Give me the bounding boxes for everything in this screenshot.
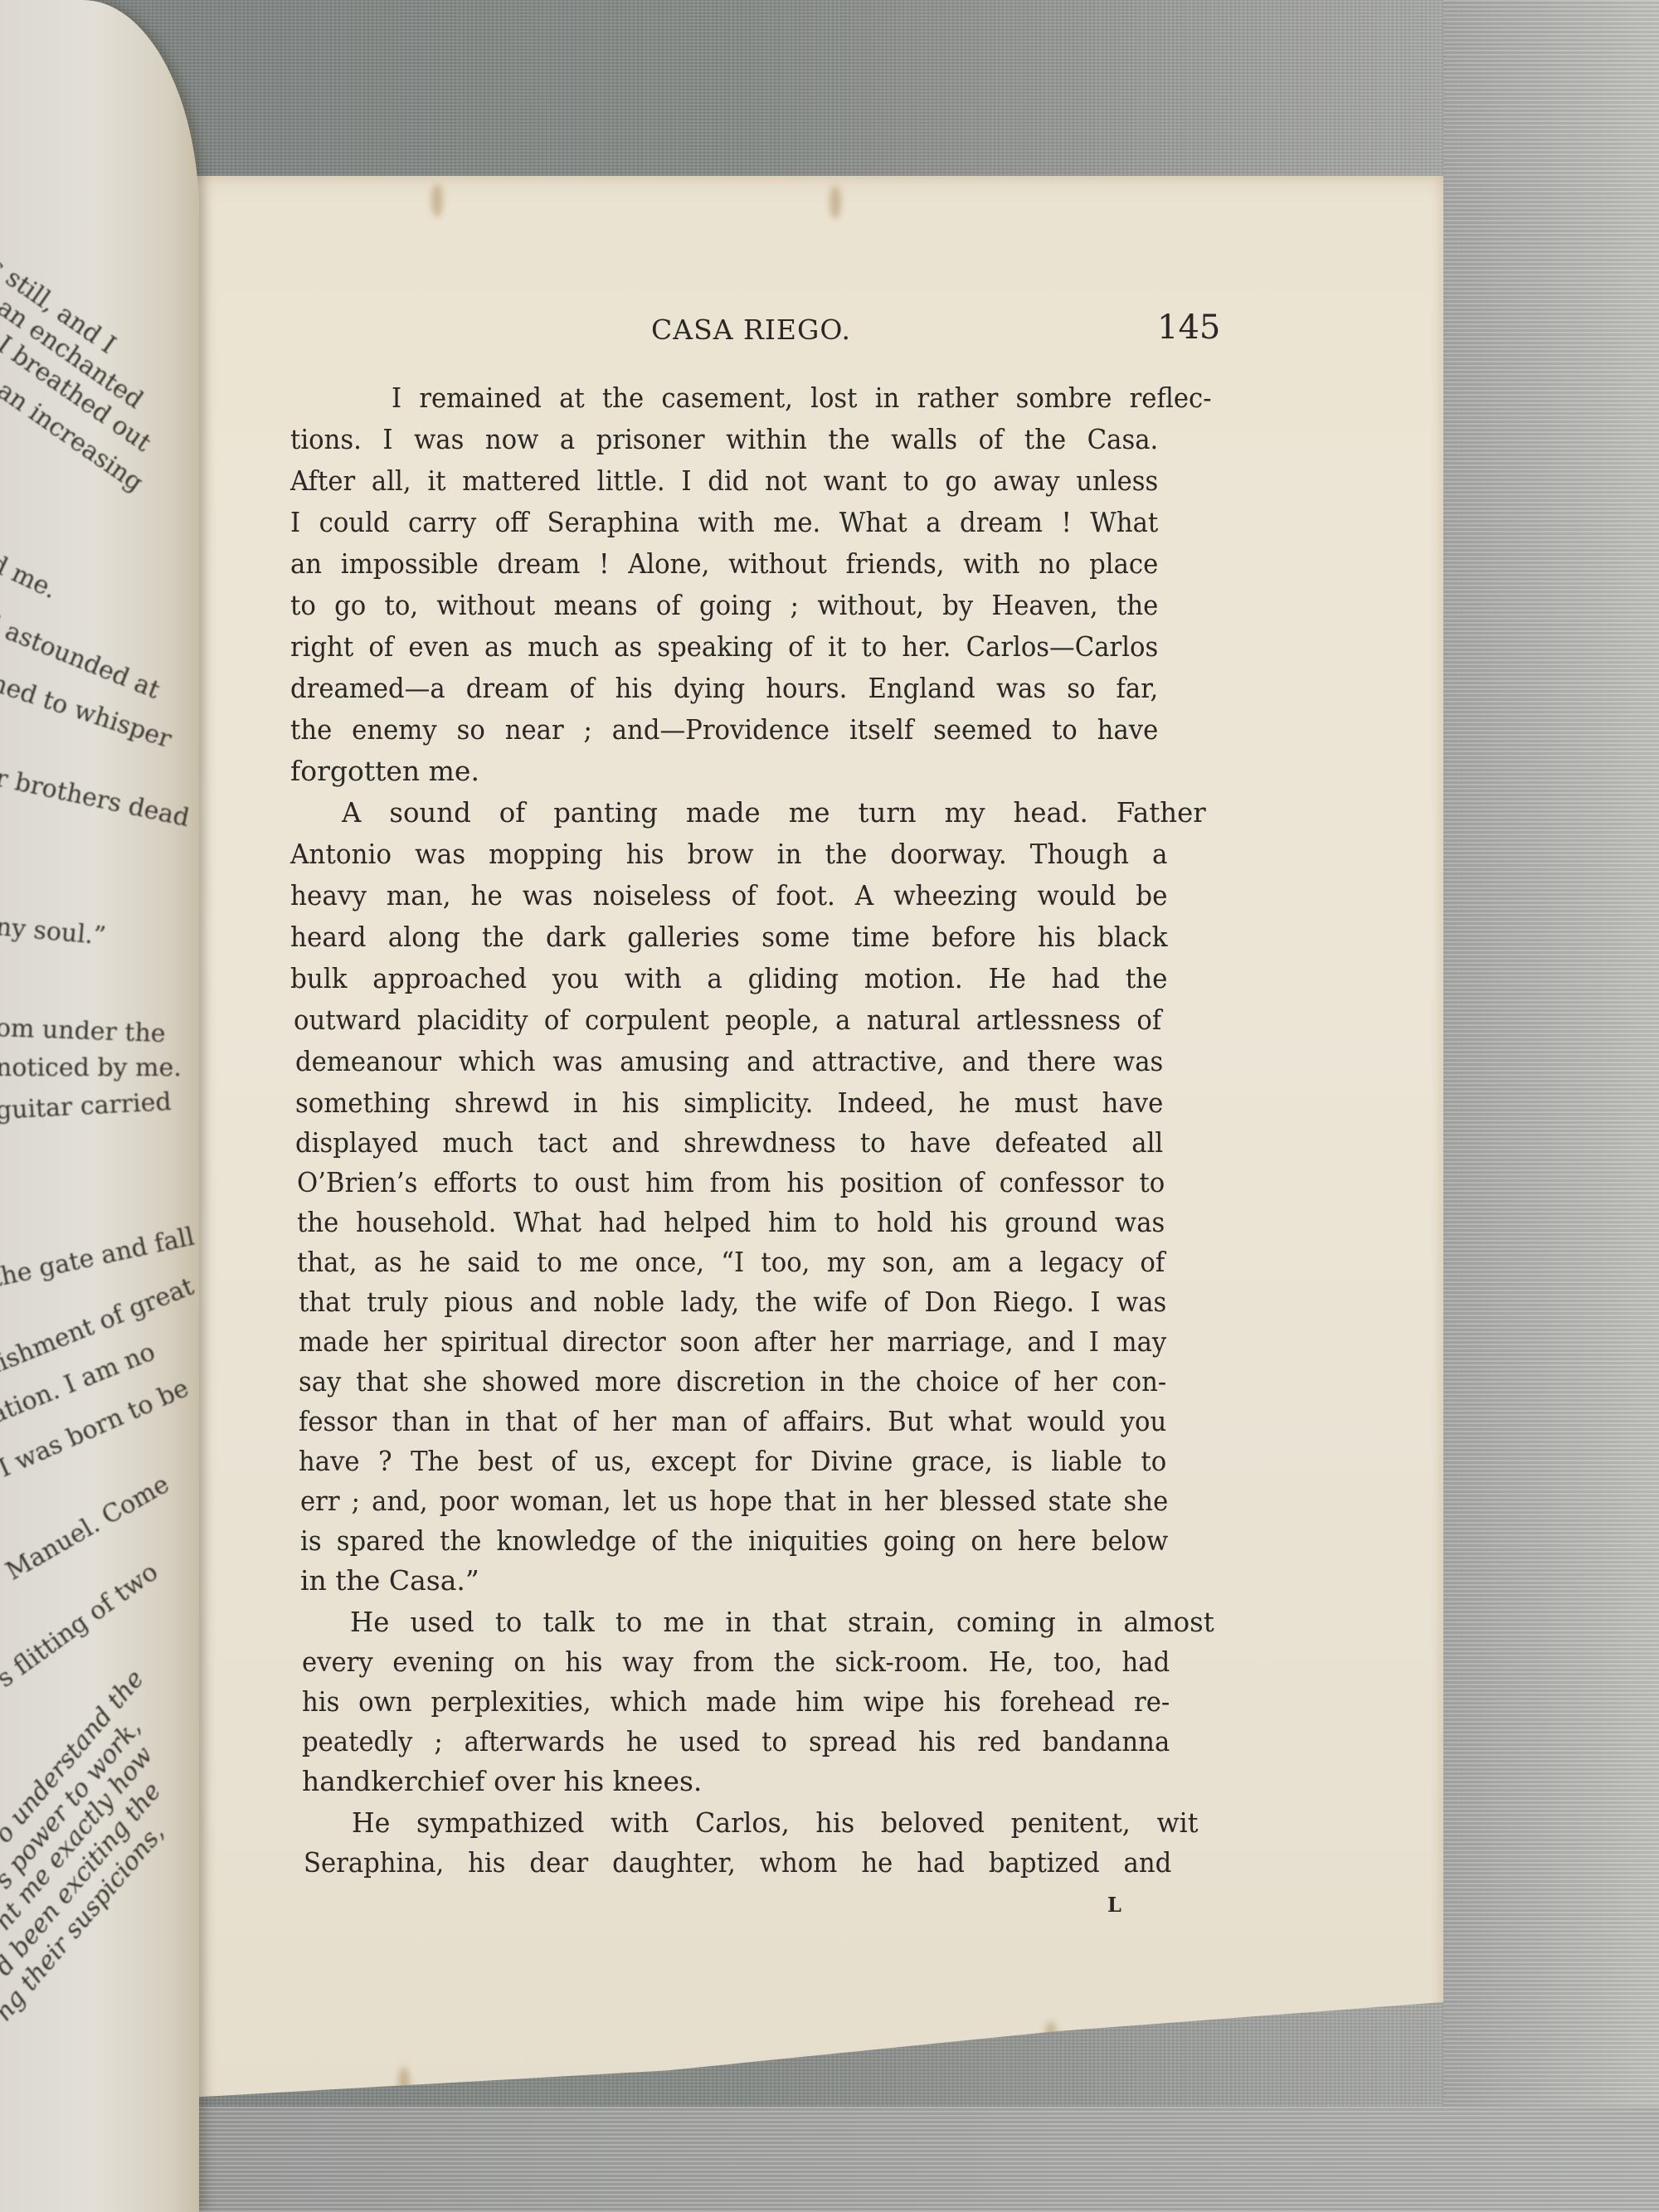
text-line: outward placidity of corpulent people, a… (294, 1004, 1161, 1036)
text-line: demeanour which was amusing and attracti… (295, 1045, 1163, 1077)
foxing-stain (829, 186, 841, 219)
linen-cloth-background-right (1443, 0, 1659, 2212)
text-line: in the Casa.” (300, 1564, 1233, 1597)
text-line: Antonio was mopping his brow in the door… (290, 838, 1168, 870)
foxing-stain (431, 184, 443, 217)
text-line: tions. I was now a prisoner within the w… (290, 423, 1158, 455)
text-line: right of even as much as speaking of it … (290, 630, 1158, 663)
text-line: have ? The best of us, except for Divine… (299, 1445, 1166, 1477)
running-head: CASA RIEGO. (651, 314, 851, 346)
left-page-fragment: ny soul.” (0, 912, 107, 950)
left-page-fragment: om under the (0, 1014, 166, 1048)
left-page-fragment: r brothers dead (0, 763, 192, 833)
text-line: After all, it mattered little. I did not… (290, 464, 1158, 497)
text-line: O’Brien’s efforts to oust him from his p… (297, 1166, 1165, 1198)
text-line: handkerchief over his knees. (302, 1765, 1235, 1797)
text-line: that truly pious and noble lady, the wif… (299, 1286, 1166, 1318)
text-line: He sympathized with Carlos, his beloved … (352, 1806, 1198, 1839)
text-line: something shrewd in his simplicity. Inde… (295, 1087, 1163, 1119)
text-line: peatedly ; afterwards he used to spread … (302, 1725, 1170, 1757)
left-book-page: s still, and I an enchanted I breathed o… (0, 0, 199, 2212)
text-line: fessor than in that of her man of affair… (299, 1405, 1166, 1437)
text-line: heavy man, he was noiseless of foot. A w… (290, 879, 1168, 912)
text-line: say that she showed more discretion in t… (299, 1365, 1166, 1398)
text-line: made her spiritual director soon after h… (299, 1325, 1166, 1358)
left-page-fragment: d me. (0, 549, 61, 605)
text-line: to go to, without means of going ; witho… (290, 589, 1158, 621)
text-line: dreamed—a dream of his dying hours. Engl… (290, 672, 1158, 704)
foxing-stain (398, 2067, 410, 2100)
text-line: I could carry off Seraphina with me. Wha… (290, 506, 1158, 538)
text-line: A sound of panting made me turn my head.… (342, 796, 1206, 829)
text-line: I remained at the casement, lost in rath… (392, 382, 1212, 414)
text-line: forgotten me. (290, 755, 1224, 787)
text-line: He used to talk to me in that strain, co… (350, 1606, 1214, 1638)
text-line: heard along the dark galleries some time… (290, 921, 1168, 953)
foxing-stain (1045, 2021, 1057, 2054)
left-page-fragment: guitar carried (0, 1087, 173, 1125)
page-number: 145 (1157, 309, 1220, 347)
text-line: err ; and, poor woman, let us hope that … (300, 1485, 1168, 1517)
left-page-fragment: noticed by me. (0, 1053, 182, 1082)
text-line: is spared the knowledge of the iniquitie… (300, 1524, 1168, 1557)
text-line: bulk approached you with a gliding motio… (290, 962, 1168, 994)
text-line: an impossible dream ! Alone, without fri… (290, 547, 1158, 580)
signature-mark: L (1107, 1893, 1121, 1917)
text-line: Seraphina, his dear daughter, whom he ha… (304, 1846, 1171, 1879)
text-line: the household. What had helped him to ho… (297, 1206, 1165, 1238)
text-line: the enemy so near ; and—Providence itsel… (290, 713, 1158, 746)
text-line: every evening on his way from the sick-r… (302, 1646, 1170, 1678)
linen-cloth-background-bottom (0, 2107, 1659, 2212)
text-line: displayed much tact and shrewdness to ha… (295, 1126, 1163, 1159)
text-line: his own perplexities, which made him wip… (302, 1685, 1170, 1718)
text-line: that, as he said to me once, “I too, my … (297, 1246, 1165, 1278)
